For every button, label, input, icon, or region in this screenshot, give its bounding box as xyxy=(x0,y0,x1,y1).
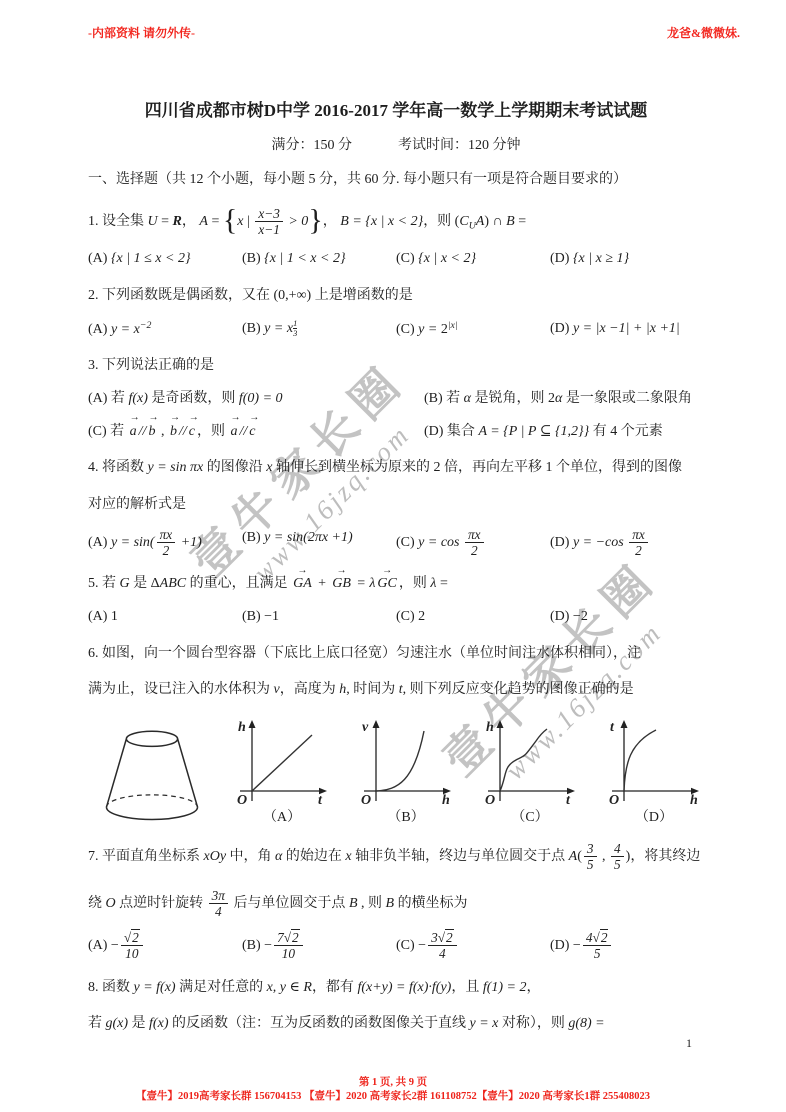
q5-options-B: (B) −1 xyxy=(242,606,396,628)
q5-options-D: (D) −2 xyxy=(550,606,704,628)
q1-options-D: (D) {x | x ≥ 1} xyxy=(550,248,704,270)
y-axis-arrow xyxy=(249,720,256,728)
origin-label: O xyxy=(485,793,495,805)
q2-options-D: (D) y = |x −1| + |x +1| xyxy=(550,318,704,341)
q5-stem: 5. 若 G 是 ΔABC 的重心，且满足 →GA + →GB = λ→GC，则… xyxy=(88,573,704,595)
q1-options-C: (C) {x | x < 2} xyxy=(396,248,550,270)
internal-notice: -内部资料 请勿外传- xyxy=(88,24,195,41)
questions-part2: 7. 平面直角坐标系 xOy 中，角 α 的始边在 x 轴非负半轴，终边与单位圆… xyxy=(88,841,704,1035)
footer-page-indicator: 第 1 页, 共 9 页 xyxy=(0,1076,786,1091)
frustum-right-side xyxy=(178,739,198,807)
footer-qq-groups: 【壹牛】2019高考家长群 156704153 【壹牛】2020 高考家长2群 … xyxy=(0,1090,786,1105)
q6-stem-line1: 6. 如图，向一个圆台型容器（下底比上底口径宽）匀速注水（单位时间注水体积相同）… xyxy=(88,643,704,665)
q4-options: (A) y = sin(πx2 +1)(B) y = sin(2πx +1)(C… xyxy=(88,527,704,559)
x-axis-label: t xyxy=(318,793,323,805)
graph-C-caption: （C） xyxy=(511,806,548,826)
q7-options-C: (C) −3√24 xyxy=(396,930,550,962)
page-header: -内部资料 请勿外传- 龙爸&微微妹. xyxy=(88,24,740,41)
y-axis-arrow xyxy=(621,720,628,728)
graph-D-curve xyxy=(624,730,656,791)
q7-options: (A) −√210(B) −7√210(C) −3√24(D) −4√25 xyxy=(88,930,704,962)
x-axis-label: t xyxy=(566,793,571,805)
document-body: 四川省成都市树D中学 2016-2017 学年高一数学上学期期末考试试题 满分：… xyxy=(88,96,704,1035)
graph-A-curve xyxy=(252,735,312,791)
q6-figure-row: h t O （A） v h O （B） xyxy=(88,717,704,826)
y-axis-label: h xyxy=(238,720,246,735)
author-signature: 龙爸&微微妹. xyxy=(667,24,740,41)
q2-options: (A) y = x−2(B) y = x13(C) y = 2|x|(D) y … xyxy=(88,318,704,341)
q5-options: (A) 1(B) −1(C) 2(D) −2 xyxy=(88,606,704,628)
graph-B-caption: （B） xyxy=(387,806,424,826)
full-score-label: 满分：150 分 xyxy=(272,134,353,154)
q4-options-D: (D) y = −cos πx2 xyxy=(550,527,704,559)
option-graph-D: t h O （D） xyxy=(604,717,704,826)
option-graph-B: v h O （B） xyxy=(356,717,456,826)
option-graph-C: h t O （C） xyxy=(480,717,580,826)
origin-label: O xyxy=(361,793,371,805)
q1-options: (A) {x | 1 ≤ x < 2}(B) {x | 1 < x < 2}(C… xyxy=(88,248,704,270)
q7-stem-line2: 绕 O 点逆时针旋转 3π4 后与单位圆交于点 B , 则 B 的横坐标为 xyxy=(88,888,704,920)
q3-options-cd-B: (D) 集合 A = {P | P ⊆ {1,2}} 有 4 个元素 xyxy=(424,421,704,443)
graph-D-caption: （D） xyxy=(635,806,673,826)
page-number: 1 xyxy=(686,1036,692,1051)
q1-stem: 1. 设全集 U = R， A = {x | x−3x−1 > 0}， B = … xyxy=(88,206,704,238)
questions-part1: 一、选择题（共 12 个小题，每小题 5 分，共 60 分. 每小题只有一项是符… xyxy=(88,169,704,701)
q4-options-A: (A) y = sin(πx2 +1) xyxy=(88,527,242,559)
page-footer: 第 1 页, 共 9 页 【壹牛】2019高考家长群 156704153 【壹牛… xyxy=(0,1076,786,1105)
frustum-top-ellipse xyxy=(126,731,177,746)
q3-options-ab-B: (B) 若 α 是锐角，则 2α 是一象限或二象限角 xyxy=(424,388,704,410)
graph-A-caption: （A） xyxy=(263,806,301,826)
y-axis-label: t xyxy=(610,720,615,735)
option-graph-A: h t O （A） xyxy=(232,717,332,826)
q2-options-B: (B) y = x13 xyxy=(242,318,396,341)
q7-stem-line1: 7. 平面直角坐标系 xOy 中，角 α 的始边在 x 轴非负半轴，终边与单位圆… xyxy=(88,841,704,873)
q4-stem-line2: 对应的解析式是 xyxy=(88,494,704,516)
q6-stem-line2: 满为止，设已注入的水体积为 v，高度为 h, 时间为 t, 则下列反应变化趋势的… xyxy=(88,679,704,701)
graph-B-plot: v h O xyxy=(356,717,456,805)
exam-meta: 满分：150 分 考试时间：120 分钟 xyxy=(88,134,704,154)
section-heading: 一、选择题（共 12 个小题，每小题 5 分，共 60 分. 每小题只有一项是符… xyxy=(88,169,704,191)
y-axis-label: v xyxy=(362,720,369,735)
q5-options-C: (C) 2 xyxy=(396,606,550,628)
graph-C-plot: h t O xyxy=(480,717,580,805)
page-title: 四川省成都市树D中学 2016-2017 学年高一数学上学期期末考试试题 xyxy=(88,96,704,121)
q7-options-D: (D) −4√25 xyxy=(550,930,704,962)
origin-label: O xyxy=(237,793,247,805)
q7-options-B: (B) −7√210 xyxy=(242,930,396,962)
exam-paper-page: -内部资料 请勿外传- 龙爸&微微妹. 壹牛家长圈 www.16jzq.com … xyxy=(0,0,786,1112)
q5-options-A: (A) 1 xyxy=(88,606,242,628)
q3-options-cd-A: (C) 若 →a//→b , →b//→c，则 →a//→c xyxy=(88,421,424,443)
y-axis-arrow xyxy=(497,720,504,728)
q2-options-A: (A) y = x−2 xyxy=(88,318,242,341)
frustum-container-diagram xyxy=(96,720,208,826)
x-axis-label: h xyxy=(690,793,698,805)
y-axis-arrow xyxy=(373,720,380,728)
q3-options-ab: (A) 若 f(x) 是奇函数，则 f(0) = 0(B) 若 α 是锐角，则 … xyxy=(88,388,704,410)
q4-options-B: (B) y = sin(2πx +1) xyxy=(242,527,396,559)
q1-options-B: (B) {x | 1 < x < 2} xyxy=(242,248,396,270)
q2-stem: 2. 下列函数既是偶函数，又在 (0,+∞) 上是增函数的是 xyxy=(88,285,704,307)
q7-options-A: (A) −√210 xyxy=(88,930,242,962)
y-axis-label: h xyxy=(486,720,494,735)
frustum-left-side xyxy=(106,739,126,807)
exam-time-label: 考试时间：120 分钟 xyxy=(398,134,521,154)
x-axis-label: h xyxy=(442,793,450,805)
frustum-bottom-front-arc xyxy=(106,807,197,819)
graph-C-curve xyxy=(500,729,547,791)
q4-options-C: (C) y = cos πx2 xyxy=(396,527,550,559)
q8-stem-line2: 若 g(x) 是 f(x) 的反函数（注：互为反函数的函数图像关于直线 y = … xyxy=(88,1013,704,1035)
frustum-bottom-back-arc xyxy=(106,795,197,807)
q3-stem: 3. 下列说法正确的是 xyxy=(88,355,704,377)
q2-options-C: (C) y = 2|x| xyxy=(396,318,550,341)
q4-stem-line1: 4. 将函数 y = sin πx 的图像沿 x 轴伸长到横坐标为原来的 2 倍… xyxy=(88,457,704,479)
q8-stem-line1: 8. 函数 y = f(x) 满足对任意的 x, y ∈ R，都有 f(x+y)… xyxy=(88,977,704,999)
graph-D-plot: t h O xyxy=(604,717,704,805)
q1-options-A: (A) {x | 1 ≤ x < 2} xyxy=(88,248,242,270)
q3-options-ab-A: (A) 若 f(x) 是奇函数，则 f(0) = 0 xyxy=(88,388,424,410)
origin-label: O xyxy=(609,793,619,805)
graph-B-curve xyxy=(376,731,424,791)
q3-options-cd: (C) 若 →a//→b , →b//→c，则 →a//→c(D) 集合 A =… xyxy=(88,421,704,443)
graph-A-plot: h t O xyxy=(232,717,332,805)
